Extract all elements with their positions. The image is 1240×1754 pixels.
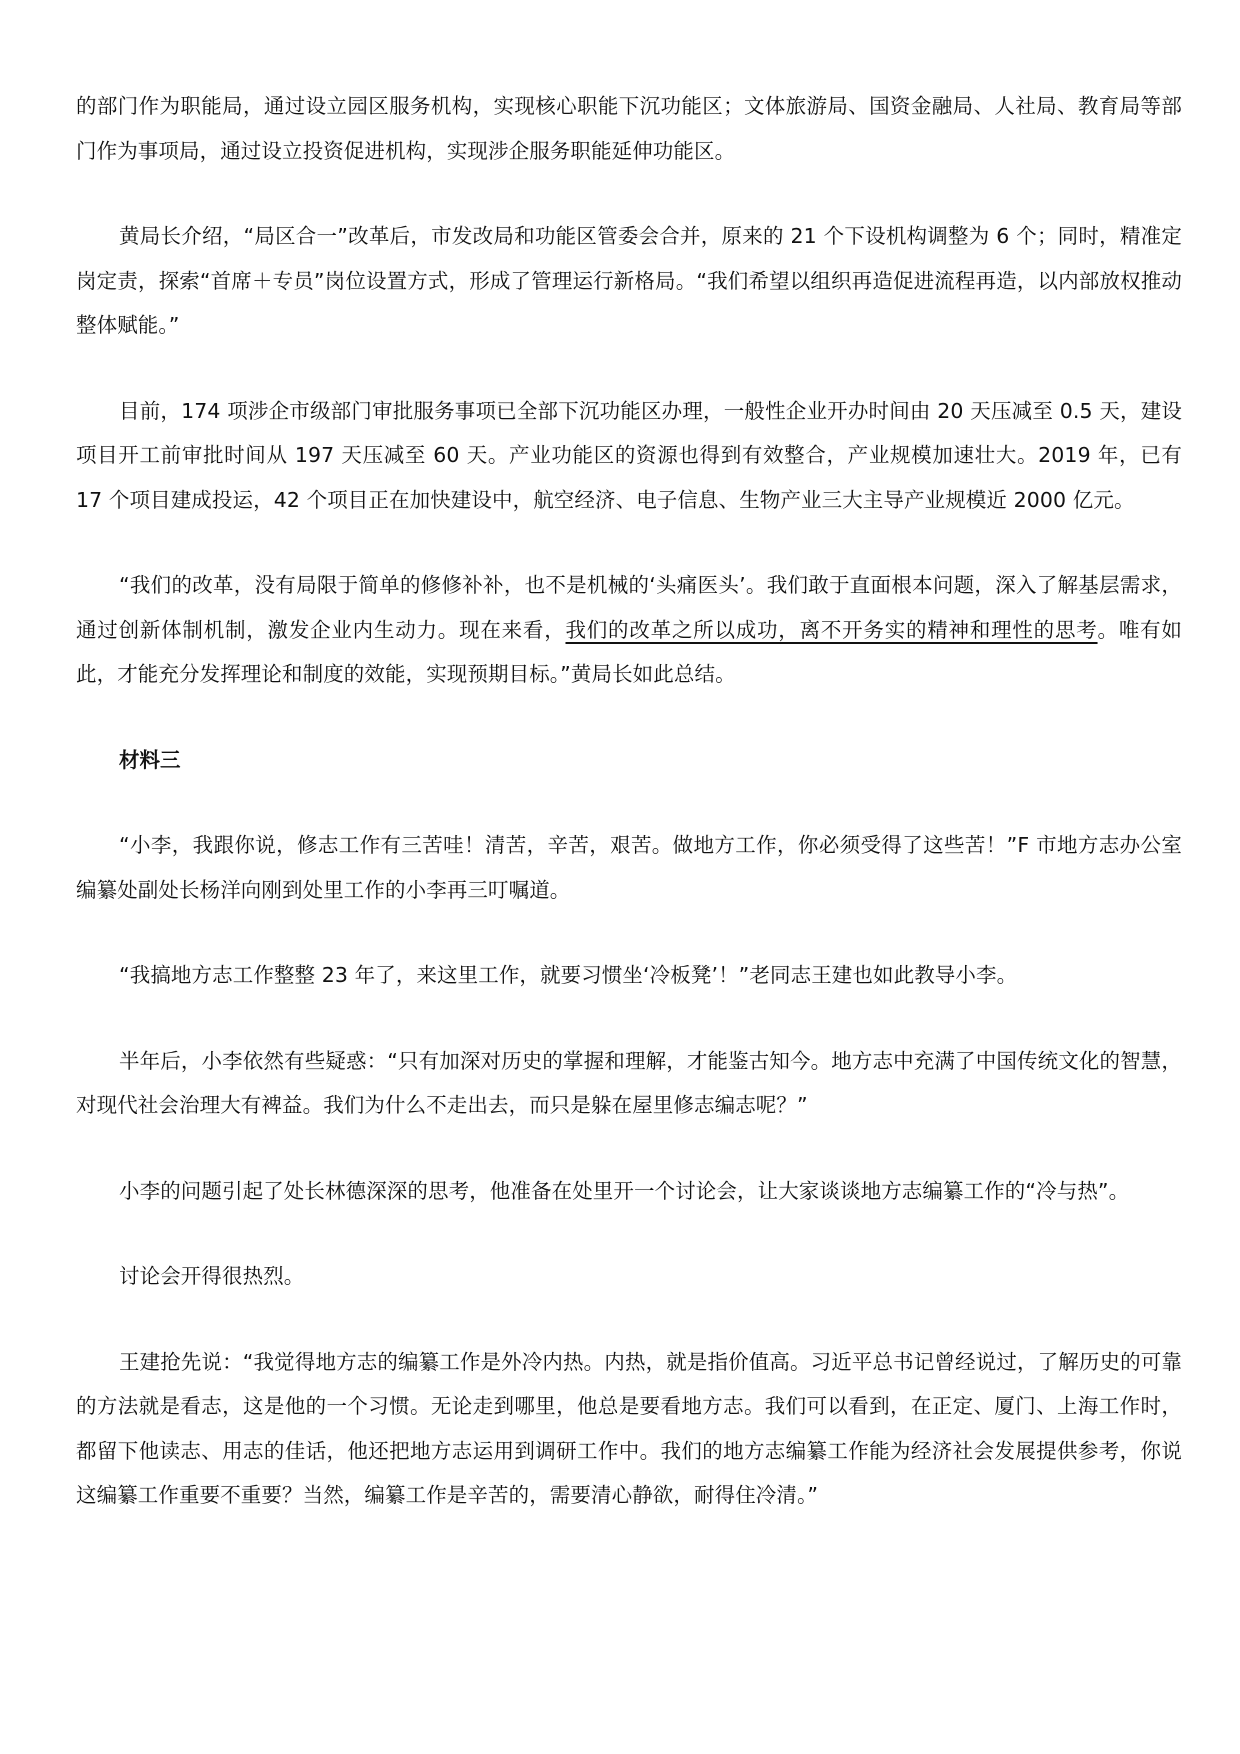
document-page: 的部门作为职能局，通过设立园区服务机构，实现核心职能下沉功能区；文体旅游局、国资… xyxy=(76,84,1182,1559)
paragraph-three-hardships: “小李，我跟你说，修志工作有三苦哇！清苦，辛苦，艰苦。做地方工作，你必须受得了这… xyxy=(76,823,1182,912)
underlined-key-sentence: 我们的改革之所以成功，离不开务实的精神和理性的思考 xyxy=(565,618,1097,642)
paragraph-reform-introduction: 黄局长介绍，“局区合一”改革后，市发改局和功能区管委会合并，原来的 21 个下设… xyxy=(76,214,1182,348)
paragraph-cold-bench: “我搞地方志工作整整 23 年了，来这里工作，就要习惯坐‘冷板凳’！”老同志王建… xyxy=(76,953,1182,998)
paragraph-director-thinking: 小李的问题引起了处长林德深深的思考，他准备在处里开一个讨论会，让大家谈谈地方志编… xyxy=(76,1169,1182,1214)
section-heading-material-three: 材料三 xyxy=(76,738,1182,783)
paragraph-reform-results: 目前，174 项涉企市级部门审批服务事项已全部下沉功能区办理，一般性企业开办时间… xyxy=(76,389,1182,523)
paragraph-xiaoli-doubt: 半年后，小李依然有些疑惑：“只有加深对历史的掌握和理解，才能鉴古知今。地方志中充… xyxy=(76,1039,1182,1128)
paragraph-discussion-lively: 讨论会开得很热烈。 xyxy=(76,1254,1182,1299)
paragraph-wangjian-view: 王建抢先说：“我觉得地方志的编纂工作是外冷内热。内热，就是指价值高。习近平总书记… xyxy=(76,1340,1182,1518)
paragraph-reform-summary: “我们的改革，没有局限于简单的修修补补，也不是机械的‘头痛医头’。我们敢于直面根… xyxy=(76,563,1182,697)
paragraph-functional-bureaus: 的部门作为职能局，通过设立园区服务机构，实现核心职能下沉功能区；文体旅游局、国资… xyxy=(76,84,1182,173)
